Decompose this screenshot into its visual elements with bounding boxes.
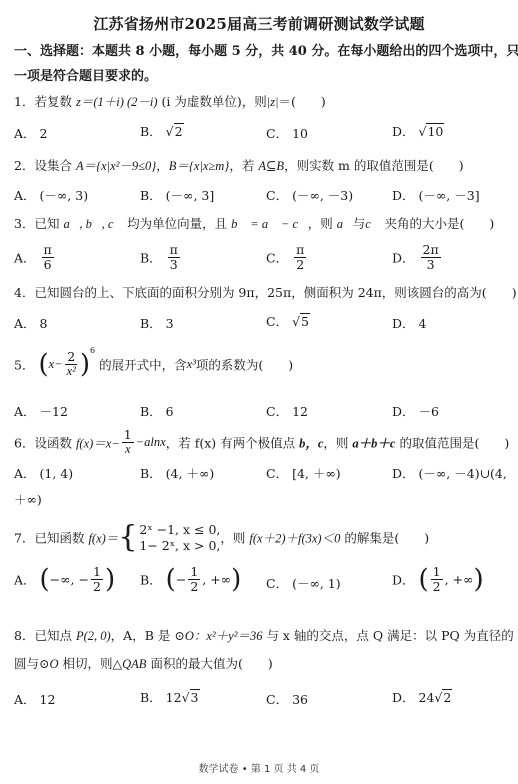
stem-text: ，若 f(x) 有两个极值点 bbox=[166, 435, 295, 450]
right-paren: ) bbox=[473, 564, 483, 594]
question-3-option-d: D． 2π3 bbox=[392, 243, 443, 272]
stem-text: 设函数 bbox=[34, 435, 72, 450]
radicand: 2 bbox=[442, 689, 452, 705]
option-value: 3 bbox=[166, 316, 174, 331]
question-8-option-b: B． 12√3 bbox=[140, 688, 200, 706]
option-label: D． bbox=[392, 690, 415, 705]
question-7-stem: 7．已知函数 f(x)＝{2ˣ −1, x ≤ 0,1− 2ˣ, x > 0,，… bbox=[14, 522, 429, 553]
fraction: π2 bbox=[294, 243, 306, 272]
question-8-option-c: C． 36 bbox=[266, 690, 308, 708]
coefficient: 12 bbox=[166, 690, 182, 705]
radicand: 10 bbox=[426, 123, 444, 139]
stem-text: 夹角的大小是( ) bbox=[385, 216, 495, 231]
radicand: 3 bbox=[190, 689, 200, 705]
set-a-expression: A＝{x|x²－9≤0} bbox=[76, 159, 156, 173]
question-number: 2． bbox=[14, 158, 34, 173]
question-8-option-d: D． 24√2 bbox=[392, 688, 452, 706]
inequality-expression: f(x＋2)＋f(3x)＜0 bbox=[249, 532, 340, 546]
question-6-option-c: C． [4, ＋∞) bbox=[266, 464, 341, 482]
option-value: (－∞, －4)∪(4, bbox=[419, 466, 507, 481]
sqrt-expression: √3 bbox=[182, 690, 200, 705]
question-2-option-d: D． (－∞, －3] bbox=[392, 186, 480, 204]
point-p: P(2, 0) bbox=[76, 629, 111, 643]
denominator: 3 bbox=[425, 258, 437, 272]
stem-text: ，A，B 是 bbox=[111, 628, 171, 643]
left-paren: ( bbox=[166, 564, 176, 594]
option-label: D． bbox=[392, 188, 415, 203]
answer-blank: ＝( ) bbox=[279, 94, 326, 109]
option-value: (4, ＋∞) bbox=[166, 466, 215, 481]
right-paren: ) bbox=[231, 564, 241, 594]
option-label: A． bbox=[14, 572, 36, 587]
option-value: [4, ＋∞) bbox=[292, 466, 341, 481]
question-7-option-c: C． (－∞, 1) bbox=[266, 574, 341, 592]
option-value: －12 bbox=[40, 404, 68, 419]
option-value: 10 bbox=[292, 126, 308, 141]
stem-text: ，则 bbox=[308, 216, 333, 231]
sqrt-expression: √10 bbox=[419, 124, 445, 139]
stem-text: ，若 bbox=[229, 158, 254, 173]
question-2-stem: 2．设集合 A＝{x|x²－9≤0}，B＝{x|x≥m}，若 A⊆B，则实数 m… bbox=[14, 156, 464, 174]
option-value: (－∞, 3] bbox=[166, 188, 215, 203]
option-label: B． bbox=[140, 124, 162, 139]
option-label: C． bbox=[266, 466, 288, 481]
denominator: 3 bbox=[168, 258, 180, 272]
option-label: C． bbox=[266, 188, 288, 203]
question-3-stem: 3．已知 a⃗, b⃗, c⃗ 均为单位向量，且 b⃗ = a⃗ − c⃗，则 … bbox=[14, 214, 494, 232]
question-1-option-b: B． √2 bbox=[140, 122, 184, 140]
fraction: 1x bbox=[122, 428, 134, 457]
right-paren: ) bbox=[80, 349, 90, 379]
left-paren: ( bbox=[419, 564, 429, 594]
question-5-stem: 5． (x−2x²)6 的展开式中，含x³项的系数为( ) bbox=[14, 350, 293, 379]
question-8-option-a: A． 12 bbox=[14, 690, 55, 708]
question-number: 1． bbox=[14, 94, 34, 109]
right-paren: ) bbox=[105, 564, 115, 594]
separator: ， bbox=[156, 158, 169, 173]
circle-o: ⊙O bbox=[174, 629, 194, 643]
stem-text: 与 bbox=[353, 216, 366, 231]
question-3-option-c: C． π2 bbox=[266, 243, 308, 272]
extreme-points: b，c bbox=[299, 436, 323, 450]
option-label: C． bbox=[266, 576, 288, 591]
option-value: (1, 4) bbox=[40, 466, 74, 481]
function-expression-tail: −alnx bbox=[136, 435, 166, 449]
numerator: 2π bbox=[421, 243, 441, 258]
question-number: 3． bbox=[14, 216, 34, 231]
option-label: D． bbox=[392, 466, 415, 481]
question-4-option-d: D． 4 bbox=[392, 314, 426, 332]
vectors-list: a⃗, b⃗, c⃗ bbox=[63, 217, 123, 231]
numerator: 1 bbox=[122, 428, 134, 443]
option-label: B． bbox=[140, 316, 162, 331]
fraction: 12 bbox=[431, 565, 443, 594]
option-label: A． bbox=[14, 466, 36, 481]
left-paren: ( bbox=[38, 349, 48, 379]
piecewise-case-2: 1− 2ˣ, x > 0, bbox=[139, 538, 220, 554]
fraction: 2x² bbox=[65, 350, 78, 379]
option-label: B． bbox=[140, 466, 162, 481]
expression-term: x− bbox=[49, 357, 63, 371]
stem-text: 已知 bbox=[34, 216, 59, 231]
vector-relation: b⃗ = a⃗ − c⃗ bbox=[231, 217, 308, 231]
circle-o: ⊙O bbox=[39, 657, 59, 671]
interval-end: , +∞ bbox=[202, 572, 231, 587]
stem-text: ，则实数 m 的取值范围是( ) bbox=[284, 158, 464, 173]
option-value: 6 bbox=[166, 404, 174, 419]
question-number: 6． bbox=[14, 435, 34, 450]
question-4-stem: 4．已知圆台的上、下底面的面积分别为 9π，25π，侧面积为 24π，则该圆台的… bbox=[14, 283, 517, 301]
radicand: 5 bbox=[300, 313, 310, 329]
option-label: A． bbox=[14, 250, 36, 265]
option-label: B． bbox=[140, 188, 162, 203]
option-label: A． bbox=[14, 126, 36, 141]
option-label: D． bbox=[392, 124, 415, 139]
sum-expression: a＋b＋c bbox=[352, 436, 395, 450]
sqrt-expression: √2 bbox=[434, 690, 452, 705]
stem-text: (i 为虚数单位)，则 bbox=[162, 94, 267, 109]
question-3-option-a: A． π6 bbox=[14, 243, 56, 272]
modulus-expression: |z| bbox=[267, 95, 279, 109]
question-6-option-a: A． (1, 4) bbox=[14, 464, 73, 482]
option-label: D． bbox=[392, 250, 415, 265]
question-number: 5． bbox=[14, 357, 34, 372]
question-6-stem: 6．设函数 f(x)＝x−1x−alnx，若 f(x) 有两个极值点 b，c，则… bbox=[14, 428, 509, 457]
fraction: π6 bbox=[42, 243, 54, 272]
question-4-option-a: A． 8 bbox=[14, 314, 47, 332]
option-label: A． bbox=[14, 316, 36, 331]
question-5-option-d: D． －6 bbox=[392, 402, 439, 420]
radicand: 2 bbox=[174, 123, 184, 139]
option-value: 4 bbox=[419, 316, 427, 331]
question-4-option-c: C． √5 bbox=[266, 312, 310, 330]
question-1-option-d: D． √10 bbox=[392, 122, 444, 140]
question-5-option-c: C． 12 bbox=[266, 402, 308, 420]
denominator: 2 bbox=[431, 580, 443, 594]
vector-c: c⃗ bbox=[365, 217, 380, 231]
option-label: C． bbox=[266, 314, 288, 329]
question-2-option-c: C． (－∞, －3) bbox=[266, 186, 353, 204]
stem-text: 与 x 轴的交点，点 Q 满足：以 PQ 为直径的 bbox=[266, 628, 513, 643]
question-8-stem-line1: 8．已知点 P(2, 0)，A，B 是 ⊙O：x²＋y²＝36 与 x 轴的交点… bbox=[14, 626, 514, 644]
stem-text: 均为单位向量，且 bbox=[127, 216, 227, 231]
exam-title: 江苏省扬州市2025届高三考前调研测试数学试题 bbox=[0, 13, 518, 34]
section-instructions-line1: 一、选择题：本题共 8 小题，每小题 5 分，共 40 分。在每小题给出的四个选… bbox=[14, 40, 518, 59]
question-2-option-b: B． (－∞, 3] bbox=[140, 186, 214, 204]
coefficient: 24 bbox=[419, 690, 435, 705]
option-label: B． bbox=[140, 250, 162, 265]
stem-text: ，则 bbox=[220, 531, 245, 546]
numerator: 1 bbox=[91, 565, 103, 580]
option-label: C． bbox=[266, 692, 288, 707]
function-expression: f(x)＝x− bbox=[76, 436, 120, 450]
question-1-option-a: A． 2 bbox=[14, 124, 47, 142]
triangle-qab: △QAB bbox=[113, 657, 147, 671]
question-7-option-d: D． (12, +∞) bbox=[392, 565, 484, 594]
stem-text: 的展开式中，含 bbox=[99, 357, 187, 372]
numerator: 1 bbox=[188, 565, 200, 580]
circle-equation: ：x²＋y²＝36 bbox=[194, 629, 263, 643]
option-value: －6 bbox=[419, 404, 439, 419]
denominator: x² bbox=[65, 365, 78, 379]
piecewise-cases: 2ˣ −1, x ≤ 0,1− 2ˣ, x > 0, bbox=[139, 522, 220, 553]
stem-text: ，则 bbox=[323, 435, 348, 450]
stem-text: 的解集是( ) bbox=[344, 531, 429, 546]
fraction: π3 bbox=[168, 243, 180, 272]
option-value: (－∞, 3) bbox=[40, 188, 89, 203]
option-label: D． bbox=[392, 316, 415, 331]
function-name: f(x)＝ bbox=[88, 532, 118, 546]
numerator: π bbox=[294, 243, 306, 258]
question-7-option-a: A． (−∞, −12) bbox=[14, 565, 115, 594]
question-2-option-a: A． (－∞, 3) bbox=[14, 186, 88, 204]
option-value: 8 bbox=[40, 316, 48, 331]
question-number: 7． bbox=[14, 531, 34, 546]
denominator: 2 bbox=[188, 580, 200, 594]
subset-expression: A⊆B bbox=[258, 159, 284, 173]
question-number: 4． bbox=[14, 285, 34, 300]
option-label: A． bbox=[14, 188, 36, 203]
option-label: A． bbox=[14, 692, 36, 707]
question-4-option-b: B． 3 bbox=[140, 314, 174, 332]
question-6-option-d-continuation: ＋∞) bbox=[14, 490, 42, 508]
numerator: 1 bbox=[431, 565, 443, 580]
option-label: D． bbox=[392, 572, 415, 587]
option-value: 2 bbox=[40, 126, 48, 141]
set-b-expression: B＝{x|x≥m} bbox=[169, 159, 230, 173]
option-value: 12 bbox=[292, 404, 308, 419]
interval-start: − bbox=[176, 572, 186, 587]
stem-text: 已知点 bbox=[34, 628, 72, 643]
fraction: 12 bbox=[91, 565, 103, 594]
option-value: 12 bbox=[40, 692, 56, 707]
fraction: 12 bbox=[188, 565, 200, 594]
left-brace: { bbox=[118, 520, 137, 555]
option-value: (－∞, －3] bbox=[419, 188, 480, 203]
stem-text: 已知函数 bbox=[34, 531, 84, 546]
stem-text: 的取值范围是( ) bbox=[399, 435, 509, 450]
exponent: 6 bbox=[90, 346, 95, 355]
question-6-option-d: D． (－∞, －4)∪(4, bbox=[392, 464, 507, 482]
stem-text: 若复数 bbox=[34, 94, 72, 109]
piecewise-case-1: 2ˣ −1, x ≤ 0, bbox=[139, 522, 220, 538]
denominator: 2 bbox=[91, 580, 103, 594]
option-label: D． bbox=[392, 404, 415, 419]
stem-text: 圆与 bbox=[14, 656, 39, 671]
interval-start: −∞, − bbox=[50, 572, 89, 587]
stem-text: 已知圆台的上、下底面的面积分别为 9π，25π，侧面积为 24π，则该圆台的高为… bbox=[34, 285, 516, 300]
stem-text: 项的系数为( ) bbox=[196, 357, 293, 372]
page-footer: 数学试卷 • 第 1 页 共 4 页 bbox=[0, 760, 518, 775]
numerator: 2 bbox=[65, 350, 77, 365]
stem-text: 相切，则 bbox=[63, 656, 113, 671]
denominator: 6 bbox=[42, 258, 54, 272]
question-number: 8． bbox=[14, 628, 34, 643]
question-8-stem-line2: 圆与⊙O 相切，则△QAB 面积的最大值为( ) bbox=[14, 654, 273, 672]
option-value: 36 bbox=[292, 692, 308, 707]
power-term: x³ bbox=[187, 357, 196, 371]
option-value: (－∞, －3) bbox=[292, 188, 353, 203]
option-label: C． bbox=[266, 126, 288, 141]
numerator: π bbox=[42, 243, 54, 258]
numerator: π bbox=[168, 243, 180, 258]
stem-text: 设集合 bbox=[34, 158, 72, 173]
question-3-option-b: B． π3 bbox=[140, 243, 182, 272]
question-5-option-b: B． 6 bbox=[140, 402, 174, 420]
option-label: B． bbox=[140, 572, 162, 587]
question-7-option-b: B． (−12, +∞) bbox=[140, 565, 241, 594]
sqrt-expression: √5 bbox=[292, 314, 310, 329]
option-label: B． bbox=[140, 690, 162, 705]
denominator: x bbox=[123, 443, 133, 457]
option-value: (－∞, 1) bbox=[292, 576, 341, 591]
question-1-option-c: C． 10 bbox=[266, 124, 308, 142]
fraction: 2π3 bbox=[421, 243, 441, 272]
stem-text: 面积的最大值为( ) bbox=[150, 656, 272, 671]
complex-expression: z＝(1＋i) (2－i) bbox=[76, 95, 158, 109]
vector-a: a⃗ bbox=[337, 217, 353, 231]
denominator: 2 bbox=[294, 258, 306, 272]
question-1-stem: 1．若复数 z＝(1＋i) (2－i) (i 为虚数单位)，则|z|＝( ) bbox=[14, 92, 326, 110]
section-instructions-line2: 一项是符合题目要求的。 bbox=[14, 65, 157, 84]
sqrt-expression: √2 bbox=[166, 124, 184, 139]
option-label: A． bbox=[14, 404, 36, 419]
left-paren: ( bbox=[40, 564, 50, 594]
question-5-option-a: A． －12 bbox=[14, 402, 68, 420]
interval-end: , +∞ bbox=[445, 572, 474, 587]
option-label: C． bbox=[266, 404, 288, 419]
option-label: C． bbox=[266, 250, 288, 265]
question-6-option-b: B． (4, ＋∞) bbox=[140, 464, 214, 482]
option-label: B． bbox=[140, 404, 162, 419]
